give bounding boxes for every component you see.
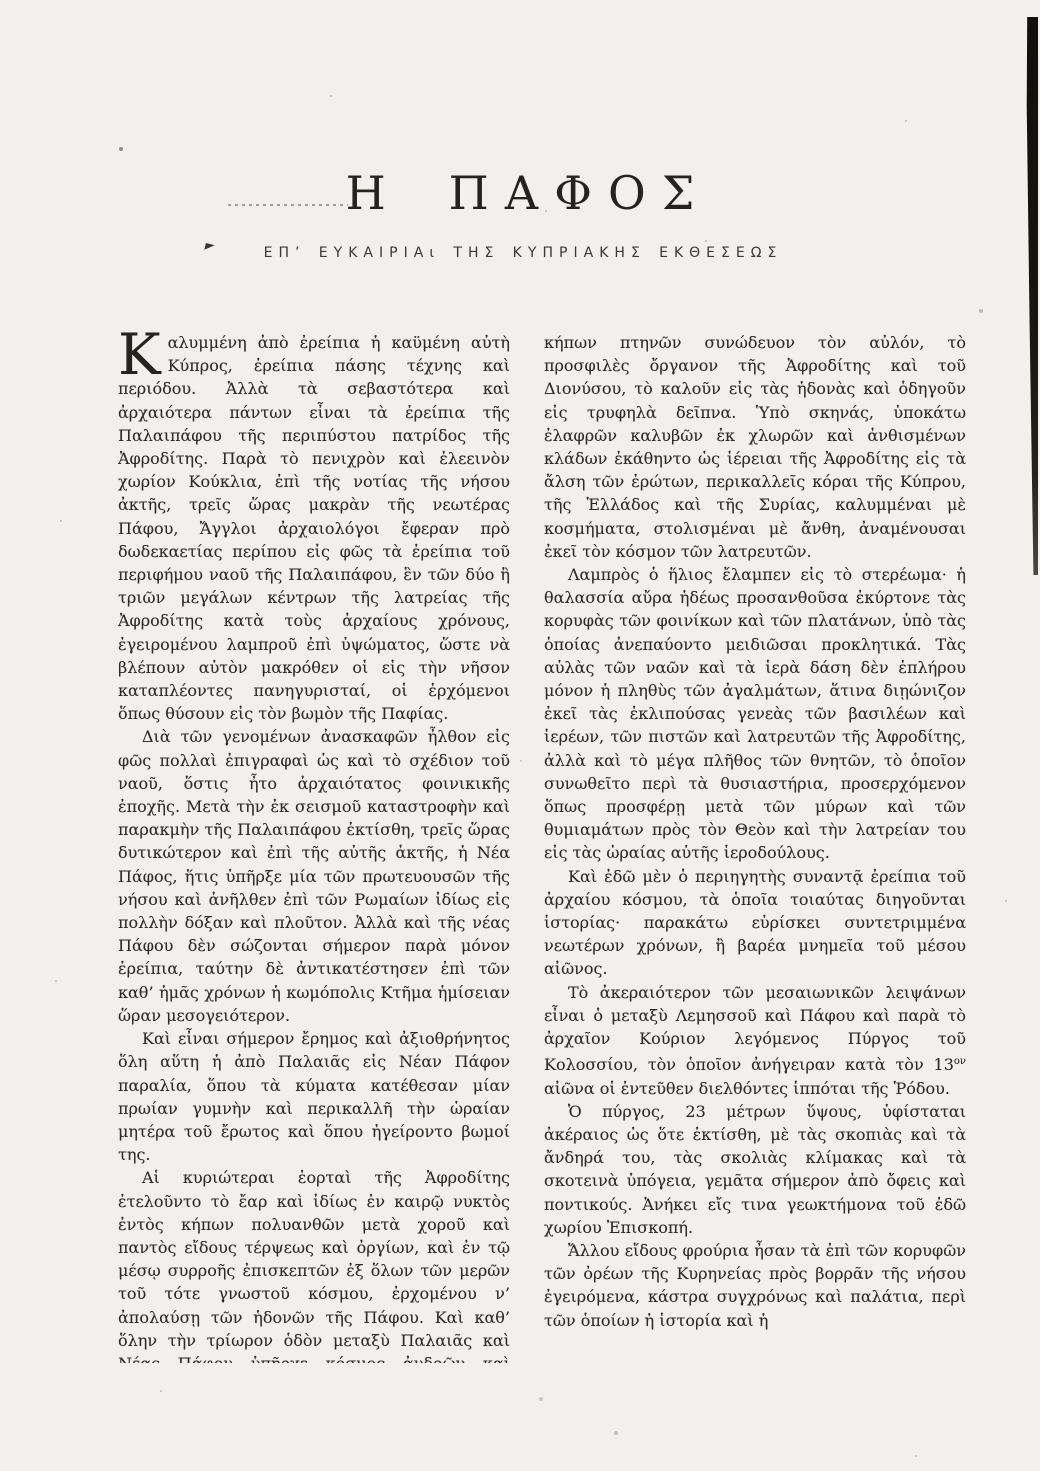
- text-run: Καὶ εἶναι σήμερον ἔρημος καὶ ἀξιοθρήνητο…: [118, 1029, 510, 1164]
- paragraph: Λαμπρὸς ὁ ἥλιος ἔλαμπεν εἰς τὸ στερέωμα·…: [544, 563, 966, 865]
- paragraph: Ἄλλου εἴδους φρούρια ἦσαν τὰ ἐπὶ τῶν κορ…: [544, 1239, 966, 1332]
- paragraph: Καὶ ἐδῶ μὲν ὁ περιηγητὴς συναντᾷ ἐρείπια…: [544, 865, 966, 981]
- text-run: αλυμμένη ἀπὸ ἐρείπια ἡ καϋμένη αὐτὴ Κύπρ…: [118, 333, 510, 723]
- article-body: Καλυμμένη ἀπὸ ἐρείπια ἡ καϋμένη αὐτὴ Κύπ…: [118, 331, 966, 1363]
- text-run: Διὰ τῶν γενομένων ἀνασκαφῶν ἦλθον εἰς φῶ…: [118, 727, 510, 1024]
- paragraph: Τὸ ἀκεραιότερον τῶν μεσαιωνικῶν λειψάνων…: [544, 981, 966, 1100]
- text-run: Ἄλλου εἴδους φρούρια ἦσαν τὰ ἐπὶ τῶν κορ…: [544, 1241, 966, 1330]
- paragraph: Αἱ κυριώτεραι ἑορταὶ τῆς Ἀφροδίτης ἐτελο…: [118, 1166, 510, 1363]
- paragraph: Διὰ τῶν γενομένων ἀνασκαφῶν ἦλθον εἰς φῶ…: [118, 725, 510, 1027]
- scanned-magazine-page: Η ΠΑΦΟΣ ΕΠ’ ΕΥΚΑΙΡΙΑι ΤΗΣ ΚΥΠΡΙΑΚΗΣ ΕΚΘΕ…: [0, 0, 1040, 1471]
- superscript-text: ον: [954, 1056, 966, 1067]
- page-subtitle: ΕΠ’ ΕΥΚΑΙΡΙΑι ΤΗΣ ΚΥΠΡΙΑΚΗΣ ΕΚΘΕΣΕΩΣ: [0, 245, 1040, 261]
- paragraph: κήπων πτηνῶν συνώδευον τὸν αὐλόν, τὸ προ…: [544, 331, 966, 563]
- paragraph: Ὁ πύργος, 23 μέτρων ὕψους, ὑφίσταται ἀκέ…: [544, 1100, 966, 1239]
- paragraph: Καλυμμένη ἀπὸ ἐρείπια ἡ καϋμένη αὐτὴ Κύπ…: [118, 331, 510, 725]
- text-run: Καὶ ἐδῶ μὲν ὁ περιηγητὴς συναντᾷ ἐρείπια…: [544, 867, 966, 979]
- page-title: Η ΠΑΦΟΣ: [0, 166, 1040, 220]
- text-run: Τὸ ἀκεραιότερον τῶν μεσαιωνικῶν λειψάνων…: [544, 983, 966, 1075]
- paragraph: Καὶ εἶναι σήμερον ἔρημος καὶ ἀξιοθρήνητο…: [118, 1027, 510, 1166]
- text-column-left: Καλυμμένη ἀπὸ ἐρείπια ἡ καϋμένη αὐτὴ Κύπ…: [118, 331, 510, 1363]
- text-run: Λαμπρὸς ὁ ἥλιος ἔλαμπεν εἰς τὸ στερέωμα·…: [544, 565, 966, 862]
- text-run: Αἱ κυριώτεραι ἑορταὶ τῆς Ἀφροδίτης ἐτελο…: [118, 1168, 510, 1363]
- text-column-right: κήπων πτηνῶν συνώδευον τὸν αὐλόν, τὸ προ…: [544, 331, 966, 1363]
- text-run: κήπων πτηνῶν συνώδευον τὸν αὐλόν, τὸ προ…: [544, 333, 966, 561]
- text-run: Ὁ πύργος, 23 μέτρων ὕψους, ὑφίσταται ἀκέ…: [544, 1102, 966, 1237]
- scan-edge-artifact-bar: [1026, 17, 1038, 575]
- drop-cap: Κ: [118, 331, 168, 377]
- scan-noise-speckles: [0, 0, 2, 2]
- text-run: αἰῶνα οἱ ἐντεῦθεν διελθόντες ἱππόται τῆς…: [544, 1079, 950, 1098]
